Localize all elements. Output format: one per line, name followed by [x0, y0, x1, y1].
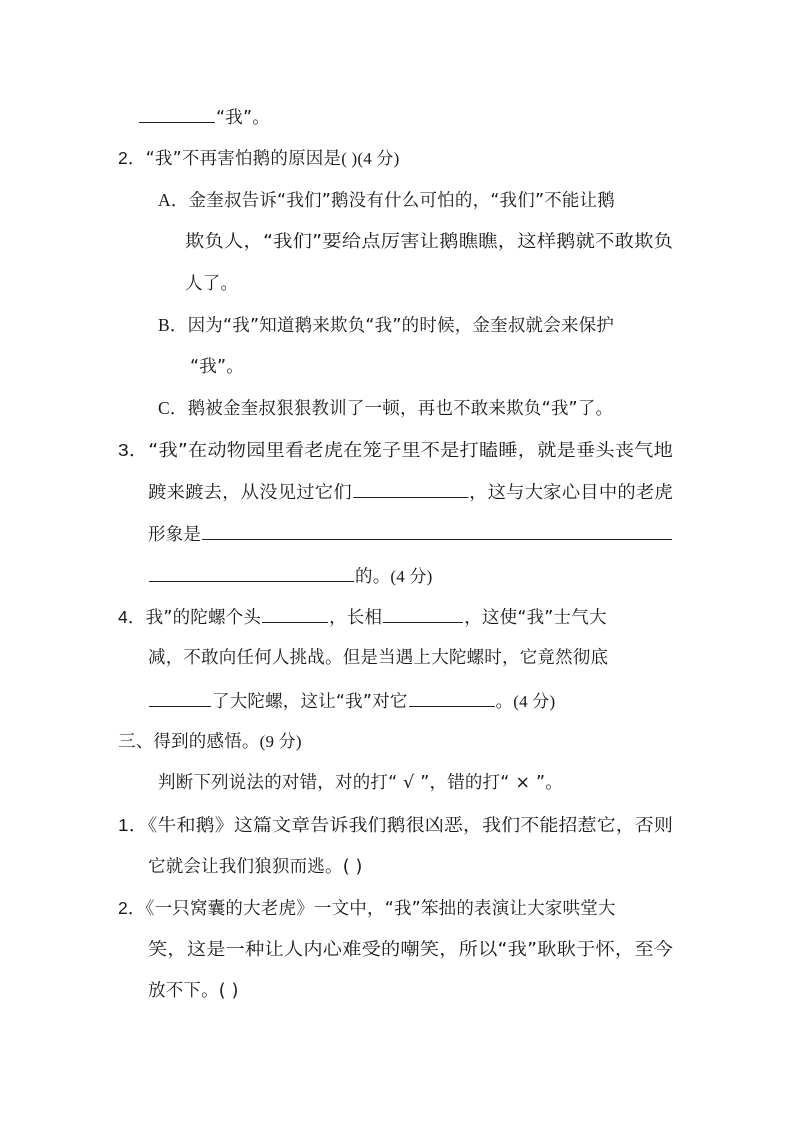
answer-blank[interactable]: [409, 688, 495, 707]
line-text: ，这与大家心目中的老虎: [469, 483, 673, 503]
score-label: (9 分): [260, 732, 302, 751]
score-label: (4 分): [390, 567, 432, 586]
text-line: 形象是: [148, 521, 673, 547]
answer-blank[interactable]: [139, 104, 215, 123]
text-line: 笑，这是一种让人内心难受的嘲笑，所以“我”耿耿于怀，至今: [148, 938, 673, 962]
text-line: 放不下。( ): [148, 979, 239, 1003]
text-line: 三、得到的感悟。(9 分): [118, 730, 302, 754]
line-text: ，这使“我”士气大: [464, 608, 606, 628]
option-label: C．: [158, 398, 188, 418]
text-line: A．金奎叔告诉“我们”鹅没有什么可怕的，“我们”不能让鹅: [158, 188, 615, 213]
answer-blank[interactable]: [383, 604, 463, 623]
line-text: 因为“我”知道鹅来欺负“我”的时候，金奎叔就会来保护: [188, 316, 614, 336]
text-line: C．鹅被金奎叔狠狠教训了一顿，再也不敢来欺负“我”了。: [158, 396, 613, 421]
option-label: A．: [158, 190, 189, 210]
line-text: “我”在动物园里看老虎在笼子里不是打瞌睡，就是垂头丧气地: [148, 441, 673, 461]
text-line: 判断下列说法的对错，对的打“ √ ”，错的打“ × ”。: [158, 771, 563, 795]
score-label: ( )(4 分): [341, 149, 399, 168]
line-text: 金奎叔告诉“我们”鹅没有什么可怕的，“我们”不能让鹅: [189, 191, 615, 211]
score-label: (4 分): [513, 692, 555, 711]
answer-blank[interactable]: [202, 521, 672, 540]
line-text: 人了。: [185, 274, 238, 294]
answer-blank[interactable]: [149, 563, 354, 582]
line-text: 形象是: [148, 525, 201, 545]
text-line: 4．我”的陀螺个头，长相，这使“我”士气大: [118, 604, 607, 630]
line-text: 《牛和鹅》这篇文章告诉我们鹅很凶恶，我们不能招惹它，否则: [148, 816, 673, 836]
line-text: 我”的陀螺个头: [146, 608, 261, 628]
text-line: “我”。: [138, 104, 270, 130]
option-label: B．: [158, 315, 188, 335]
text-line: 1．《牛和鹅》这篇文章告诉我们鹅很凶恶，我们不能招惹它，否则: [118, 813, 673, 838]
text-line: B．因为“我”知道鹅来欺负“我”的时候，金奎叔就会来保护: [158, 313, 614, 338]
line-text: 。: [496, 692, 514, 712]
line-text: “我”不再害怕鹅的原因是: [146, 149, 342, 169]
line-text: 的。: [355, 567, 390, 587]
answer-blank[interactable]: [149, 688, 211, 707]
text-line: 它就会让我们狼狈而逃。( ): [148, 855, 363, 879]
question-number: 3．: [118, 440, 148, 460]
line-text: 了大陀螺，这让“我”对它: [212, 692, 408, 712]
text-line: 了大陀螺，这让“我”对它。(4 分): [148, 688, 555, 714]
line-text: 笑，这是一种让人内心难受的嘲笑，所以“我”耿耿于怀，至今: [148, 940, 673, 960]
line-text: 它就会让我们狼狈而逃。( ): [148, 857, 363, 877]
text-line: 2．《一只窝囊的大老虎》一文中，“我”笨拙的表演让大家哄堂大: [118, 896, 616, 921]
question-number: 2．: [118, 148, 146, 168]
line-text: 欺负人，“我们”要给点厉害让鹅瞧瞧，这样鹅就不敢欺负: [185, 232, 673, 252]
line-text: 踱来踱去，从没见过它们: [148, 483, 352, 503]
text-line: “我”。: [190, 355, 244, 379]
line-text: 三、得到的感悟。: [118, 732, 260, 752]
text-line: 减，不敢向任何人挑战。但是当遇上大陀螺时，它竟然彻底: [148, 646, 608, 670]
question-number: 2．: [118, 898, 146, 918]
text-line: 3．“我”在动物园里看老虎在笼子里不是打瞌睡，就是垂头丧气地: [118, 438, 673, 463]
line-text: 减，不敢向任何人挑战。但是当遇上大陀螺时，它竟然彻底: [148, 648, 608, 668]
line-text: 鹅被金奎叔狠狠教训了一顿，再也不敢来欺负“我”了。: [188, 399, 614, 419]
line-text: “我”。: [216, 108, 270, 128]
text-line: 踱来踱去，从没见过它们，这与大家心目中的老虎: [148, 479, 673, 505]
text-line: 欺负人，“我们”要给点厉害让鹅瞧瞧，这样鹅就不敢欺负: [185, 230, 673, 254]
line-text: “我”。: [190, 357, 244, 377]
line-text: 放不下。( ): [148, 981, 239, 1001]
question-number: 4．: [118, 607, 146, 627]
text-line: 的。(4 分): [148, 563, 432, 589]
text-line: 2．“我”不再害怕鹅的原因是( )(4 分): [118, 146, 399, 171]
line-text: 《一只窝囊的大老虎》一文中，“我”笨拙的表演让大家哄堂大: [146, 899, 616, 919]
answer-blank[interactable]: [353, 479, 468, 498]
question-number: 1．: [118, 815, 148, 835]
answer-blank[interactable]: [262, 604, 328, 623]
line-text: 判断下列说法的对错，对的打“ √ ”，错的打“ × ”。: [158, 773, 563, 793]
text-line: 人了。: [185, 272, 238, 296]
line-text: ，长相: [329, 608, 382, 628]
